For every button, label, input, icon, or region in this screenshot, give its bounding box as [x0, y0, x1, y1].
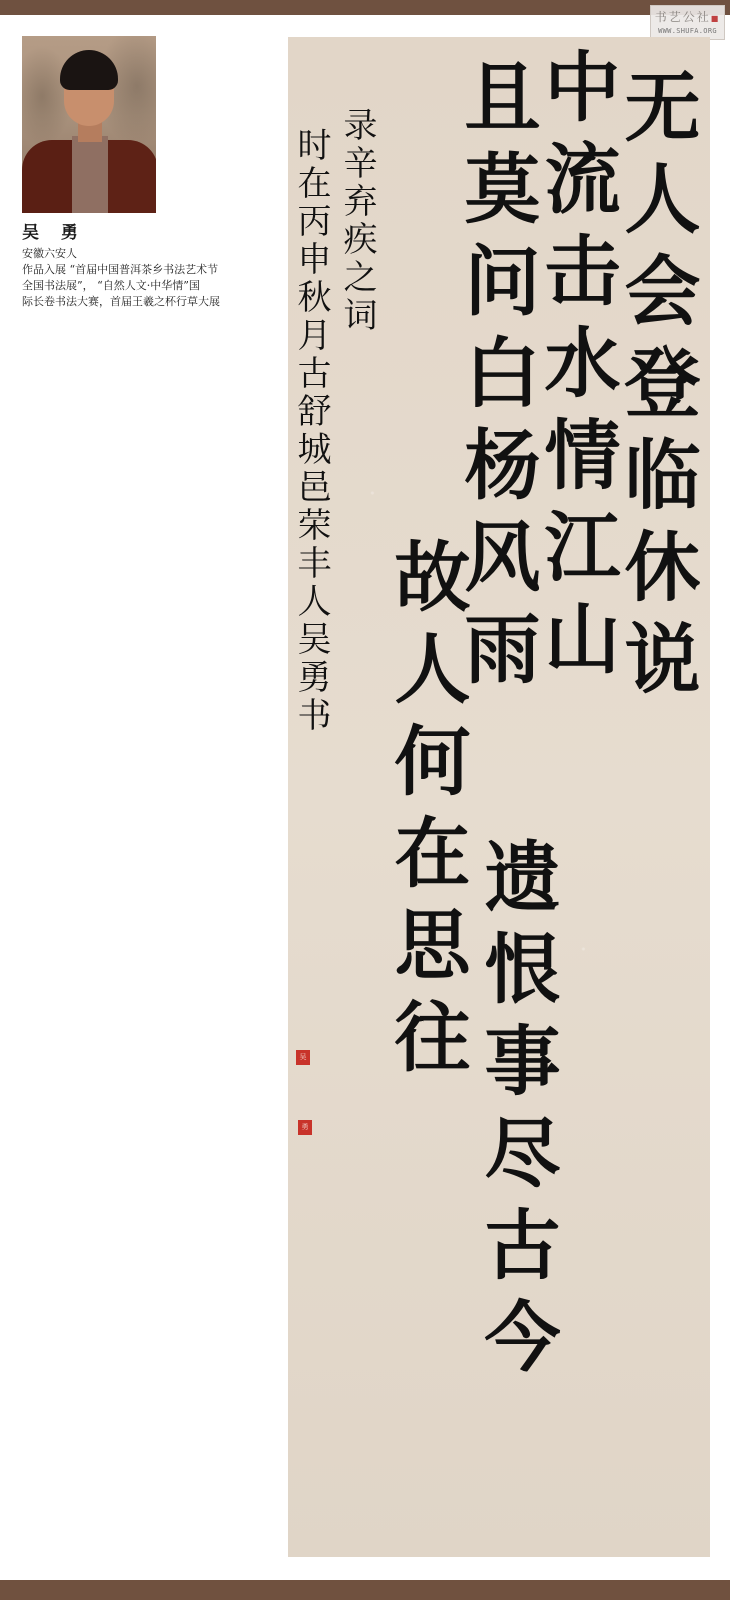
artist-bio: 安徽六安人 作品入展 “首届中国普洱茶乡书法艺术节 全国书法展”， “自然人文·… [22, 246, 252, 310]
calligraphy-column: 遗恨事尽古今 [478, 837, 554, 1389]
bio-line: 全国书法展”， “自然人文·中华情”国 [22, 278, 252, 294]
bio-line: 安徽六安人 [22, 246, 252, 262]
artist-portrait [22, 36, 156, 213]
watermark-seal-icon: ■ [711, 14, 721, 23]
calligraphy-column: 中流击水情江山 [538, 47, 614, 691]
top-band [0, 0, 730, 15]
calligraphy-column: 故人何在思往 [388, 537, 464, 1089]
site-watermark: 书艺公社■ WWW.SHUFA.ORG [650, 5, 725, 40]
inscription-column: 录辛弃疾之词 [340, 107, 374, 335]
bottom-band [0, 1580, 730, 1600]
artist-seal: 勇 [298, 1120, 312, 1135]
calligraphy-scroll: 无人会登临休说 中流击水情江山 且莫问白杨风雨 故人何在思往 遗恨事尽古今 录辛… [288, 37, 710, 1557]
watermark-logo: 书艺公社■ [655, 10, 721, 26]
inscription-column: 时在丙申秋月古舒城邑荣丰人吴勇书 [294, 127, 328, 735]
calligraphy-column: 无人会登临休说 [618, 67, 694, 711]
artist-name: 吴 勇 [22, 218, 86, 243]
bio-line: 际长卷书法大赛，首届王羲之杯行草大展 [22, 294, 252, 310]
watermark-url: WWW.SHUFA.ORG [658, 26, 717, 36]
bio-line: 作品入展 “首届中国普洱茶乡书法艺术节 [22, 262, 252, 278]
artist-seal: 吴 [296, 1050, 310, 1065]
